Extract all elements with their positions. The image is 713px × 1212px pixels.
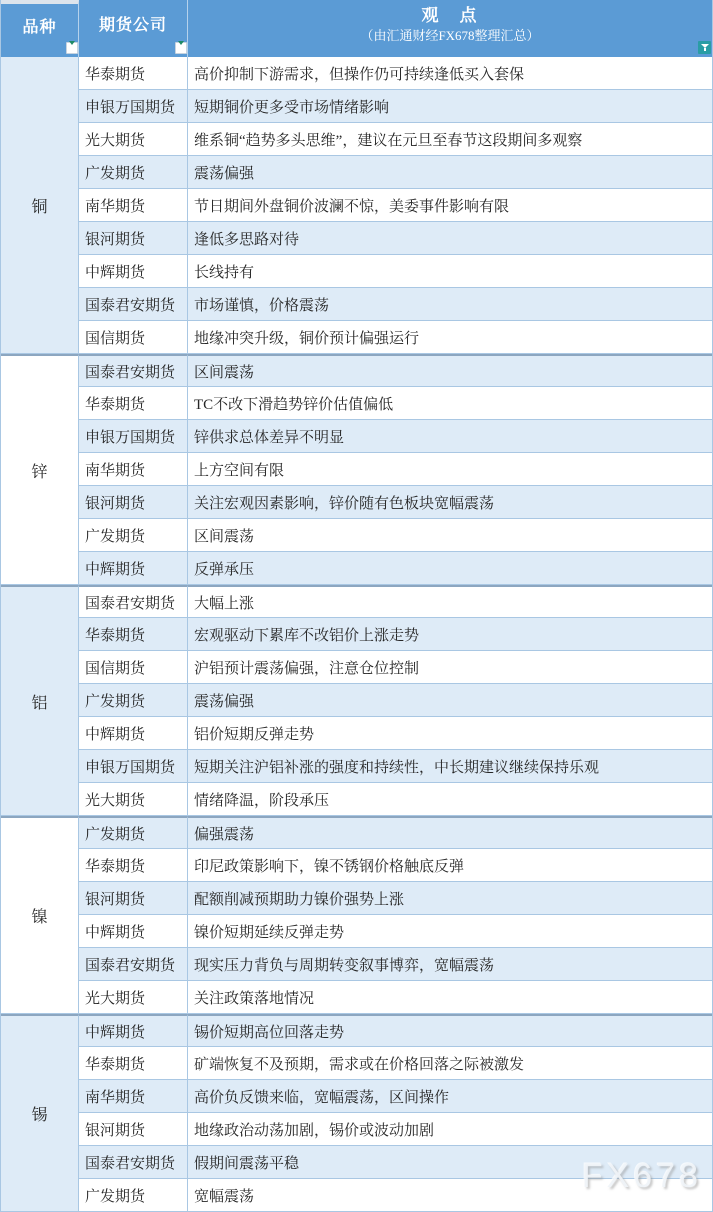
view-cell: 短期关注沪铝补涨的强度和持续性，中长期建议继续保持乐观 bbox=[188, 750, 712, 783]
funnel-stem bbox=[704, 48, 706, 51]
view-cell: 区间震荡 bbox=[188, 519, 712, 552]
view-cell: 假期间震荡平稳 bbox=[188, 1146, 712, 1179]
view-cell: 市场谨慎，价格震荡 bbox=[188, 288, 712, 321]
view-cell: 高价负反馈来临，宽幅震荡，区间操作 bbox=[188, 1080, 712, 1113]
view-cell: 锌供求总体差异不明显 bbox=[188, 420, 712, 453]
company-cell: 申银万国期货 bbox=[79, 90, 188, 123]
company-cell: 广发期货 bbox=[79, 519, 188, 552]
company-cell: 华泰期货 bbox=[79, 618, 188, 651]
header-company-label: 期货公司 bbox=[99, 12, 167, 45]
company-cell: 中辉期货 bbox=[79, 552, 188, 585]
company-cell: 广发期货 bbox=[79, 1179, 188, 1212]
variety-cell: 铝 bbox=[1, 585, 79, 816]
view-cell: 反弹承压 bbox=[188, 552, 712, 585]
header-variety-label: 品种 bbox=[22, 14, 56, 47]
view-cell: 长线持有 bbox=[188, 255, 712, 288]
view-cell: 震荡偏强 bbox=[188, 684, 712, 717]
view-cell: 逢低多思路对待 bbox=[188, 222, 712, 255]
view-cell: 关注宏观因素影响，锌价随有色板块宽幅震荡 bbox=[188, 486, 712, 519]
company-cell: 中辉期货 bbox=[79, 717, 188, 750]
view-cell: 地缘冲突升级，铜价预计偏强运行 bbox=[188, 321, 712, 354]
variety-cell: 镍 bbox=[1, 816, 79, 1014]
header-cell-variety: 品种 bbox=[1, 0, 79, 57]
header-cell-company: 期货公司 bbox=[79, 0, 188, 57]
company-cell: 南华期货 bbox=[79, 453, 188, 486]
company-cell: 国泰君安期货 bbox=[79, 948, 188, 981]
company-cell: 华泰期货 bbox=[79, 849, 188, 882]
dropdown-arrow-icon bbox=[178, 41, 184, 55]
view-cell: 关注政策落地情况 bbox=[188, 981, 712, 1014]
view-filter-funnel-icon[interactable] bbox=[698, 41, 711, 54]
header-cell-view: 观 点 （由汇通财经FX678整理汇总） bbox=[188, 0, 712, 57]
view-cell: 大幅上涨 bbox=[188, 585, 712, 618]
view-cell: 现实压力背负与周期转变叙事博弈，宽幅震荡 bbox=[188, 948, 712, 981]
company-cell: 广发期货 bbox=[79, 684, 188, 717]
view-cell: 铝价短期反弹走势 bbox=[188, 717, 712, 750]
company-cell: 华泰期货 bbox=[79, 387, 188, 420]
view-cell: 区间震荡 bbox=[188, 354, 712, 387]
header-view-subtitle: （由汇通财经FX678整理汇总） bbox=[360, 27, 539, 44]
company-cell: 光大期货 bbox=[79, 981, 188, 1014]
company-cell: 南华期货 bbox=[79, 189, 188, 222]
variety-cell: 锌 bbox=[1, 354, 79, 585]
company-cell: 银河期货 bbox=[79, 222, 188, 255]
dropdown-arrow-icon bbox=[69, 41, 75, 55]
company-cell: 国泰君安期货 bbox=[79, 354, 188, 387]
view-cell: 镍价短期延续反弹走势 bbox=[188, 915, 712, 948]
company-cell: 国泰君安期货 bbox=[79, 288, 188, 321]
company-cell: 中辉期货 bbox=[79, 1014, 188, 1047]
company-cell: 申银万国期货 bbox=[79, 750, 188, 783]
view-cell: 矿端恢复不及预期，需求或在价格回落之际被激发 bbox=[188, 1047, 712, 1080]
company-cell: 华泰期货 bbox=[79, 57, 188, 90]
company-filter-dropdown-icon[interactable] bbox=[175, 42, 187, 54]
company-cell: 银河期货 bbox=[79, 1113, 188, 1146]
company-cell: 国泰君安期货 bbox=[79, 585, 188, 618]
view-cell: 情绪降温，阶段承压 bbox=[188, 783, 712, 816]
variety-filter-dropdown-icon[interactable] bbox=[66, 42, 78, 54]
view-cell: 节日期间外盘铜价波澜不惊，美委事件影响有限 bbox=[188, 189, 712, 222]
view-cell: 锡价短期高位回落走势 bbox=[188, 1014, 712, 1047]
company-cell: 南华期货 bbox=[79, 1080, 188, 1113]
view-cell: 震荡偏强 bbox=[188, 156, 712, 189]
company-cell: 光大期货 bbox=[79, 783, 188, 816]
table-header: 品种 期货公司 观 点 （由汇通财经FX678整理汇总） bbox=[1, 0, 712, 57]
view-cell: TC不改下滑趋势锌价估值偏低 bbox=[188, 387, 712, 420]
company-cell: 国信期货 bbox=[79, 321, 188, 354]
company-cell: 广发期货 bbox=[79, 816, 188, 849]
company-cell: 申银万国期货 bbox=[79, 420, 188, 453]
futures-opinions-table: 品种 期货公司 观 点 （由汇通财经FX678整理汇总） 铜华泰期货高价抑制下游… bbox=[0, 0, 713, 1212]
company-cell: 国泰君安期货 bbox=[79, 1146, 188, 1179]
company-cell: 银河期货 bbox=[79, 486, 188, 519]
variety-cell: 锡 bbox=[1, 1014, 79, 1212]
table-body: 铜华泰期货高价抑制下游需求，但操作仍可持续逢低买入套保申银万国期货短期铜价更多受… bbox=[1, 57, 712, 1212]
view-cell: 宽幅震荡 bbox=[188, 1179, 712, 1212]
view-cell: 高价抑制下游需求，但操作仍可持续逢低买入套保 bbox=[188, 57, 712, 90]
view-cell: 印尼政策影响下，镍不锈钢价格触底反弹 bbox=[188, 849, 712, 882]
company-cell: 中辉期货 bbox=[79, 915, 188, 948]
company-cell: 光大期货 bbox=[79, 123, 188, 156]
view-cell: 偏强震荡 bbox=[188, 816, 712, 849]
view-cell: 地缘政治动荡加剧，锡价或波动加剧 bbox=[188, 1113, 712, 1146]
company-cell: 银河期货 bbox=[79, 882, 188, 915]
header-view-label: 观 点 bbox=[422, 5, 479, 27]
view-cell: 宏观驱动下累库不改铝价上涨走势 bbox=[188, 618, 712, 651]
view-cell: 短期铜价更多受市场情绪影响 bbox=[188, 90, 712, 123]
view-cell: 沪铝预计震荡偏强，注意仓位控制 bbox=[188, 651, 712, 684]
company-cell: 广发期货 bbox=[79, 156, 188, 189]
company-cell: 华泰期货 bbox=[79, 1047, 188, 1080]
view-cell: 维系铜“趋势多头思维”，建议在元旦至春节这段期间多观察 bbox=[188, 123, 712, 156]
variety-cell: 铜 bbox=[1, 57, 79, 354]
company-cell: 中辉期货 bbox=[79, 255, 188, 288]
view-cell: 上方空间有限 bbox=[188, 453, 712, 486]
view-cell: 配额削减预期助力镍价强势上涨 bbox=[188, 882, 712, 915]
company-cell: 国信期货 bbox=[79, 651, 188, 684]
